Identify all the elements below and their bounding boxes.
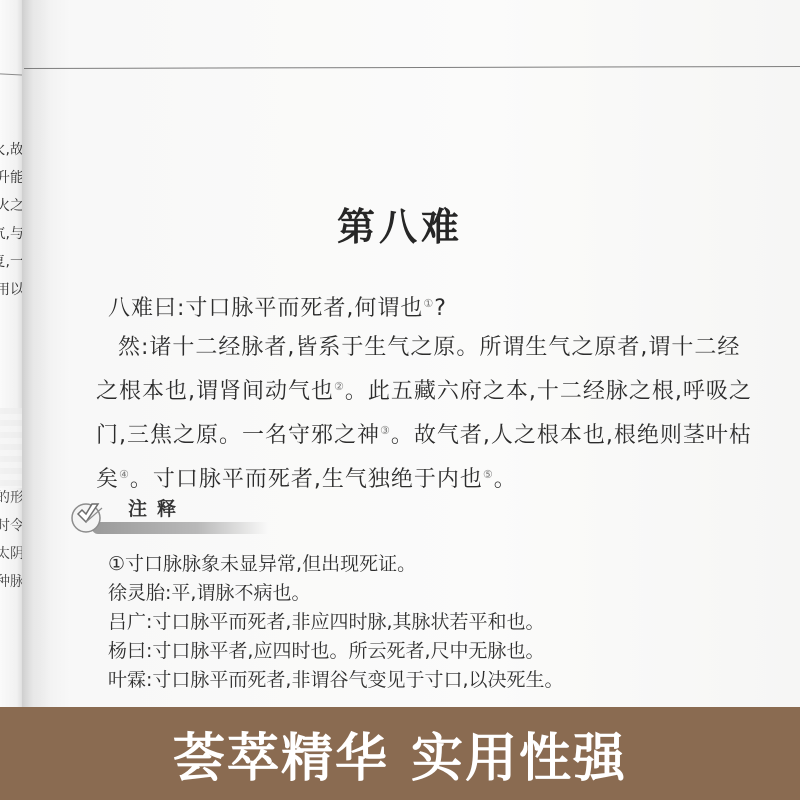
annotation-section-header: 注释 xyxy=(68,490,258,538)
annotation-title: 注释 xyxy=(128,494,186,521)
question-text: 八难曰:寸口脉平而死者,何谓也 xyxy=(108,296,423,321)
book-spine-shadow xyxy=(22,0,50,710)
answer-paragraph: 然:诸十二经脉者,皆系于生气之原。所谓生气之原者,谓十二经之根本也,谓肾间动气也… xyxy=(96,328,756,499)
previous-page-line: 时令 xyxy=(0,512,24,540)
annotation-header-bar xyxy=(92,522,268,534)
answer-segment: 。 xyxy=(494,467,517,492)
chapter-title: 第八难 xyxy=(0,196,800,251)
promo-banner: 荟萃精华实用性强 xyxy=(0,707,800,800)
annotation-line: 吕广:寸口脉平而死者,非应四时脉,其脉状若平和也。 xyxy=(108,608,768,637)
slogan-part-1: 荟萃精华 xyxy=(173,729,389,789)
question-paragraph: 八难曰:寸口脉平而死者,何谓也①? xyxy=(96,284,756,328)
previous-page-header-rule xyxy=(0,73,24,75)
footnote-marker: ③ xyxy=(380,424,391,437)
footnote-marker: ⑤ xyxy=(483,468,494,481)
footnote-marker: ① xyxy=(423,297,434,310)
previous-page-faded-watermark xyxy=(0,408,24,488)
answer-segment: 。寸口脉平而死者,生气独绝于内也 xyxy=(130,467,483,492)
annotation-list: ①寸口脉脉象未显异常,但出现死证。 徐灵胎:平,谓脉不病也。 吕广:寸口脉平而死… xyxy=(108,550,768,695)
previous-page-line: 太阴 xyxy=(0,540,24,568)
previous-page-line: 升能 xyxy=(0,164,24,192)
previous-page-line: 用以 xyxy=(0,276,24,304)
previous-page-text-bottom: 的形 时令 太阴 种脉 xyxy=(0,484,24,596)
main-text: 八难曰:寸口脉平而死者,何谓也①? 然:诸十二经脉者,皆系于生气之原。所谓生气之… xyxy=(96,284,756,499)
open-book-icon xyxy=(68,494,108,534)
previous-page-edge: 火,故 升能 火之 气,与 复,一 用以 的形 时令 太阴 种脉 xyxy=(0,0,24,710)
promo-slogan: 荟萃精华实用性强 xyxy=(173,716,627,791)
annotation-line: 杨曰:寸口脉平者,应四时也。所云死者,尺中无脉也。 xyxy=(108,637,768,666)
slogan-part-2: 实用性强 xyxy=(411,729,627,789)
previous-page-line: 种脉 xyxy=(0,568,24,596)
previous-page-line: 复,一 xyxy=(0,248,24,276)
footnote-marker: ② xyxy=(334,380,345,393)
previous-page-line: 的形 xyxy=(0,484,24,512)
question-tail: ? xyxy=(434,296,447,321)
annotation-line: ①寸口脉脉象未显异常,但出现死证。 xyxy=(108,550,768,579)
previous-page-line: 火,故 xyxy=(0,136,24,164)
footnote-marker: ④ xyxy=(119,468,130,481)
annotation-line: 叶霖:寸口脉平而死者,非谓谷气变见于寸口,以决死生。 xyxy=(108,666,768,695)
annotation-line: 徐灵胎:平,谓脉不病也。 xyxy=(108,579,768,608)
